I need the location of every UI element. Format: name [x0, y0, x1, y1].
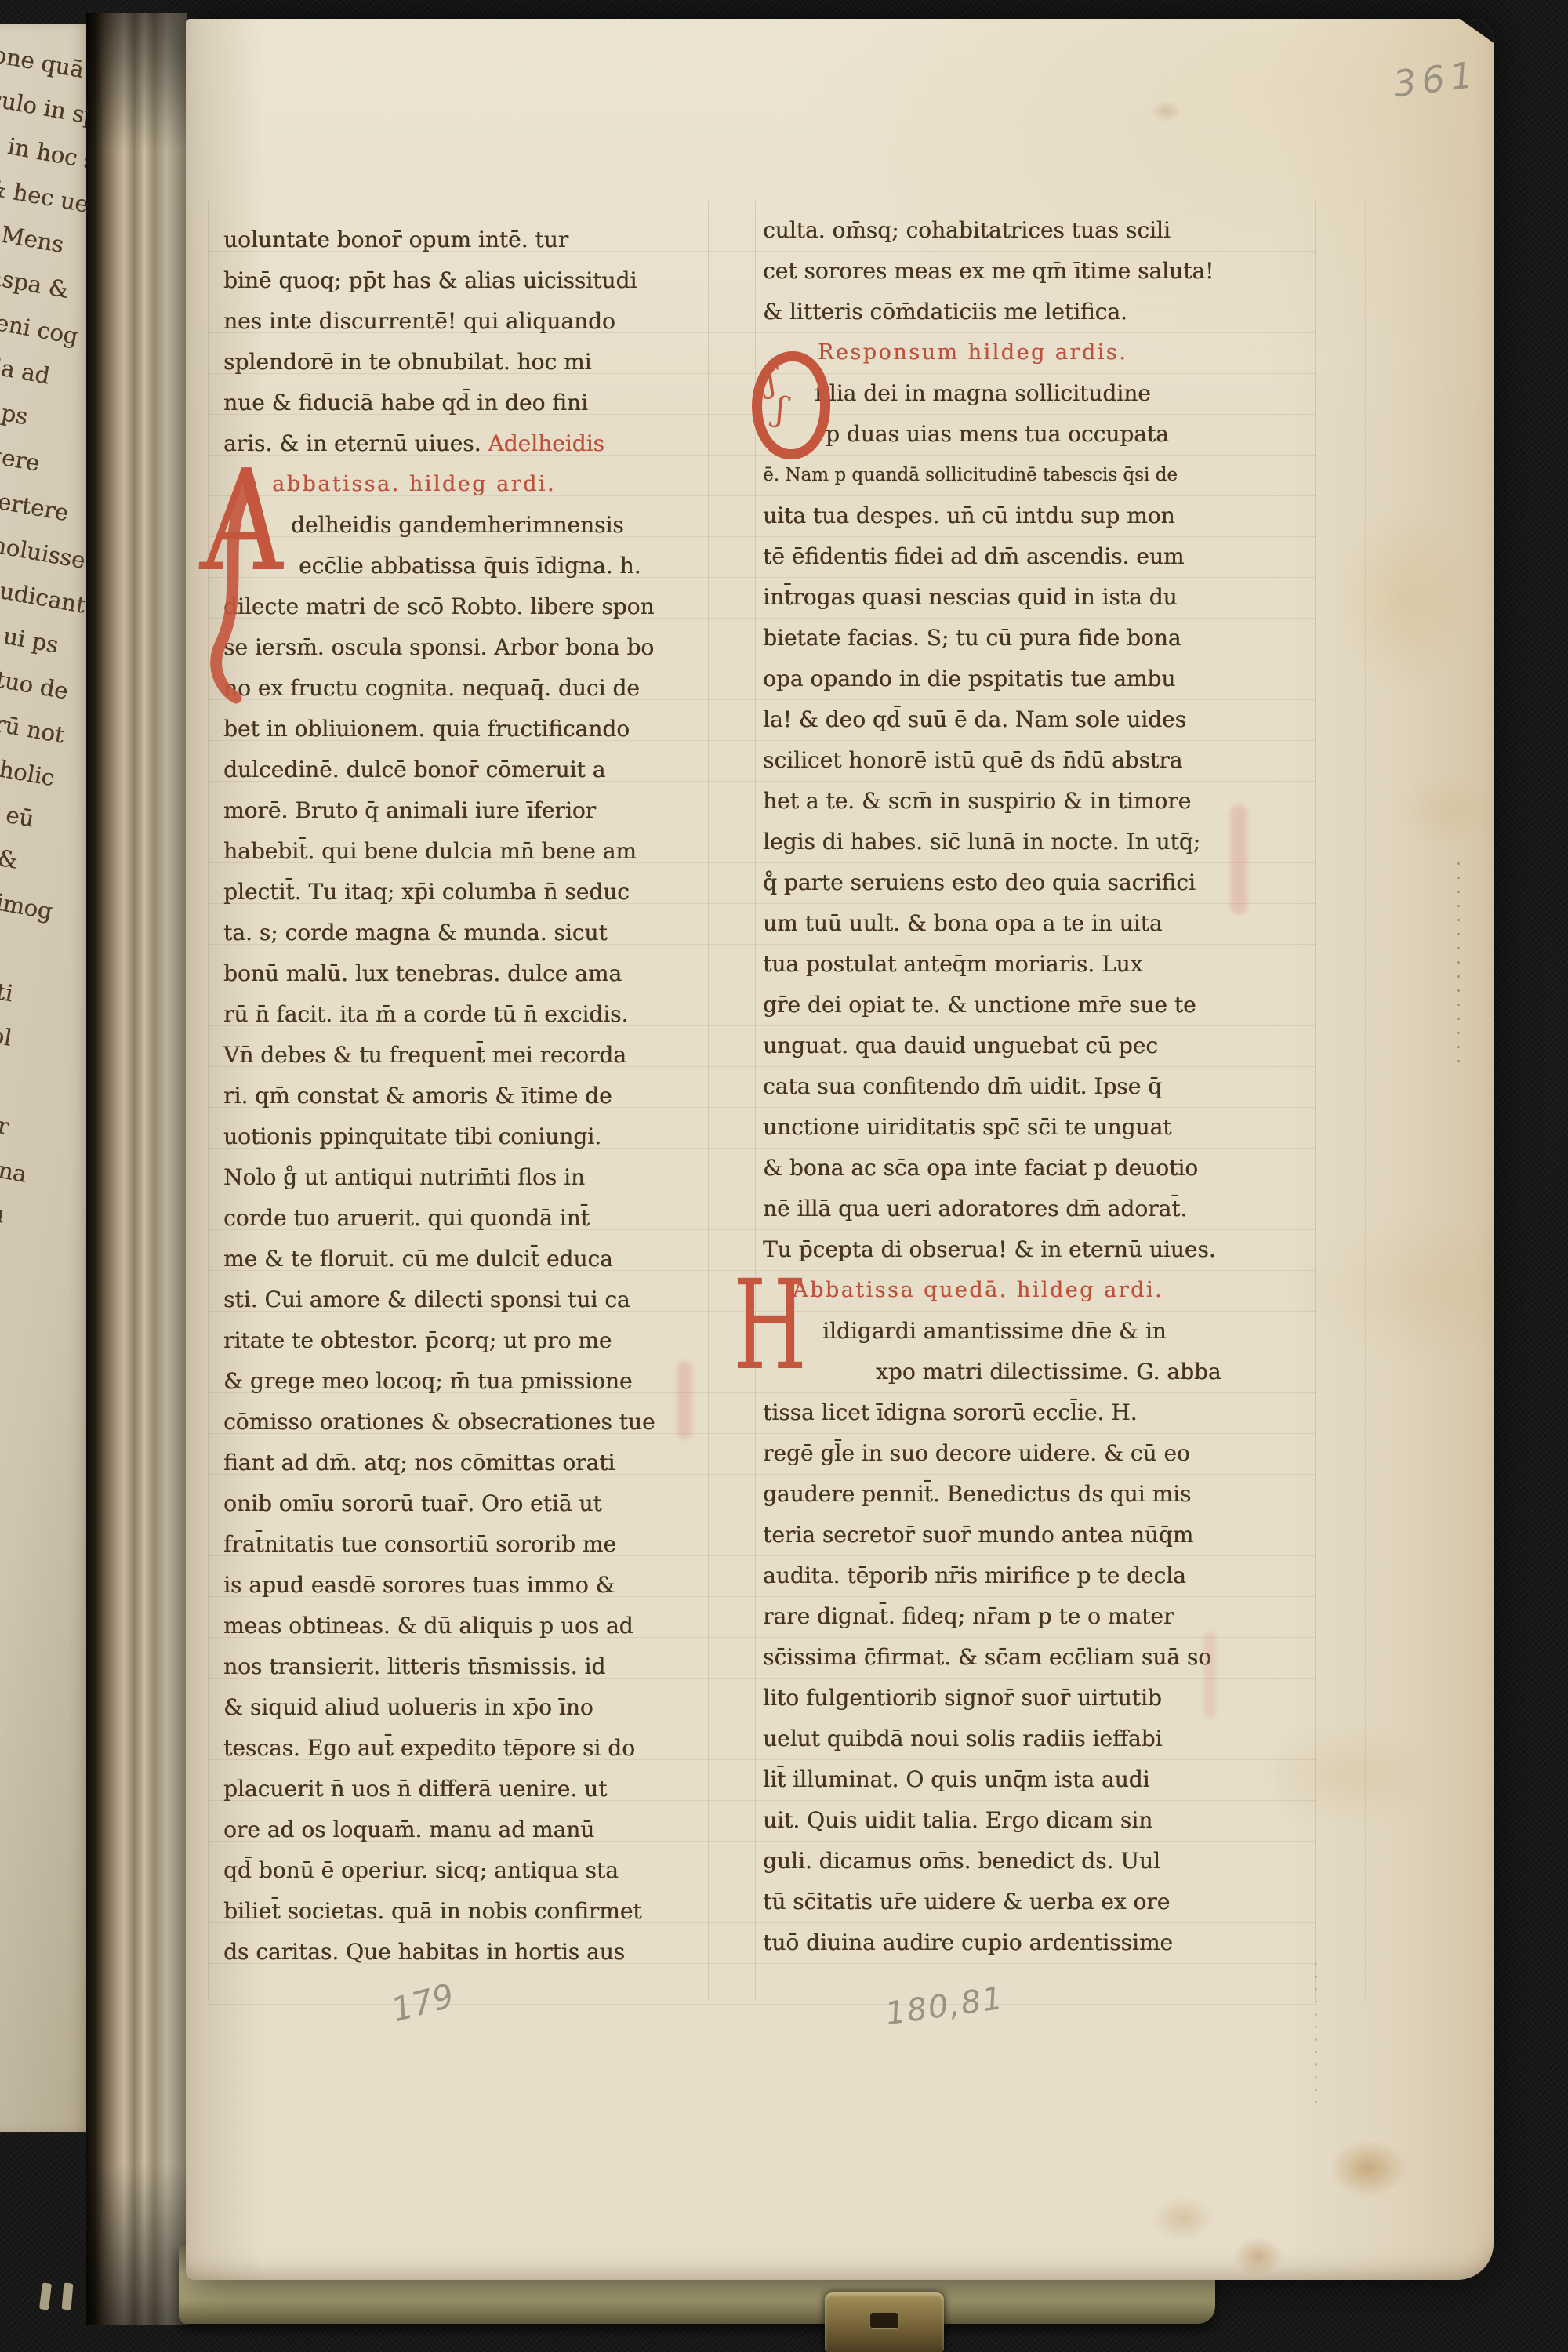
- body-text: ē. Nam p quandā sollicitudinē tabescis q…: [763, 465, 1178, 485]
- body-text: cet sorores meas ex me qm̄ ītime saluta!: [763, 258, 1214, 284]
- pricking-dot: [1457, 975, 1460, 978]
- body-text: uelut quibdā noui solis radiis ieffabi: [763, 1726, 1162, 1751]
- body-text: frat̄nitatis tue consortiū sororib me: [223, 1531, 616, 1557]
- body-text: audita. tēporib nr̄is mirifice p te decl…: [763, 1563, 1186, 1588]
- text-line: ri. qm̄ constat & amoris & ītime de: [223, 1076, 735, 1116]
- body-text: rare dignat̄. fideq; nr̄am p te o mater: [763, 1603, 1174, 1629]
- text-line: dulcedinē. dulcē bonor̄ cōmeruit a: [223, 750, 735, 790]
- initial-a-swash: [201, 480, 272, 715]
- text-line: Nolo g̊ ut antiqui nutrim̄ti flos in: [223, 1157, 735, 1198]
- text-line: la! & deo qd̄ suū ē da. Nam sole uides: [763, 699, 1343, 740]
- text-line: is apud easdē sorores tuas immo &: [223, 1565, 735, 1606]
- text-line: nue & fiduciā habe qd̄ in deo fini: [223, 383, 735, 423]
- body-text: biliet̄ societas. quā in nobis confirmet: [223, 1898, 642, 1924]
- text-line: opa opando in die pspitatis tue ambu: [763, 659, 1343, 699]
- text-line: bietate facias. S; tu cū pura fide bona: [763, 618, 1343, 659]
- pricking-dot: [1457, 862, 1460, 865]
- body-text: ds caritas. Que habitas in hortis aus: [223, 1939, 625, 1965]
- body-text: int̄rogas quasi nescias quid in ista du: [763, 584, 1178, 610]
- body-text: meas obtineas. & dū aliquis p uos ad: [223, 1613, 633, 1639]
- dotted-rule-dot: [1315, 2063, 1317, 2066]
- rubric-text: Responsum hildeg ardis.: [818, 340, 1127, 365]
- body-text: & litteris cōm̄daticiis me letifica.: [763, 299, 1127, 325]
- text-line: abbatissa. hildeg ardi.: [223, 464, 735, 505]
- body-text: placuerit n̄ uos n̄ differā uenire. ut: [223, 1776, 607, 1802]
- body-text: se iersm̄. oscula sponsi. Arbor bona bo: [223, 634, 654, 660]
- text-line: no ex fructu cognita. nequaq̄. duci de: [223, 668, 735, 709]
- body-text: binē quoq; pp̄t has & alias uicissitudi: [223, 267, 637, 293]
- body-text: gr̄e dei opiat te. & unctione mr̄e sue t…: [763, 992, 1196, 1018]
- body-text: nue & fiduciā habe qd̄ in deo fini: [223, 390, 588, 416]
- body-text: nē illā qua ueri adoratores dm̄ adorat̄.: [763, 1196, 1187, 1221]
- body-text: het a te. & scm̄ in suspirio & in timore: [763, 788, 1191, 814]
- text-line: Vn̄ debes & tu frequent̄ mei recorda: [223, 1035, 735, 1076]
- text-line: filia dei in magna sollicitudine: [763, 373, 1343, 414]
- body-text: gaudere pennit̄. Benedictus ds qui mis: [763, 1481, 1191, 1507]
- body-text: delheidis gandemherimnensis: [291, 512, 624, 538]
- body-text: & grege meo locoq; m̄ tua pmissione: [223, 1368, 633, 1394]
- pricking-dot: [1457, 1018, 1460, 1020]
- text-line: lito fulgentiorib signor̄ suor̄ uirtutib: [763, 1678, 1343, 1719]
- dotted-rule-dot: [1315, 2089, 1317, 2091]
- pricking-dot: [1457, 877, 1460, 879]
- text-line: uoluntate bonor̄ opum intē. tur: [223, 220, 735, 260]
- body-text: filia dei in magna sollicitudine: [815, 380, 1151, 406]
- dotted-rule-dot: [1315, 2101, 1317, 2103]
- body-text: regē gl̄e in suo decore uidere. & cū eo: [763, 1440, 1190, 1466]
- vertical-rule: [1365, 201, 1366, 2001]
- clasp-fitting: [825, 2292, 944, 2352]
- dotted-rule-dot: [1315, 1976, 1317, 1978]
- pricking-dot: [1457, 947, 1460, 949]
- body-text: me & te floruit. cū me dulcit̄ educa: [223, 1246, 613, 1272]
- text-line: xpo matri dilectissime. G. abba: [763, 1352, 1343, 1392]
- pricking-dot: [1457, 989, 1460, 992]
- text-line: placuerit n̄ uos n̄ differā uenire. ut: [223, 1769, 735, 1809]
- text-line: bonū malū. lux tenebras. dulce ama: [223, 953, 735, 994]
- pricking-dot: [1457, 919, 1460, 921]
- text-line: Tu p̄cepta di obserua! & in eternū uiues…: [763, 1229, 1343, 1270]
- body-text: unctione uiriditatis spc̄ sc̄i te unguat: [763, 1114, 1171, 1140]
- rubric-text: Adelheidis: [488, 430, 604, 456]
- dotted-rule-dot: [1315, 2013, 1317, 2016]
- body-text: rū n̄ facit. ita m̄ a corde tū n̄ excidi…: [223, 1001, 628, 1027]
- pencil-number-right: 180,81: [884, 1980, 1007, 2033]
- facing-page-text: nsione quā abti oculo in sp̄ā q̄m in hoc…: [0, 27, 91, 1908]
- text-line: cet sorores meas ex me qm̄ ītime saluta!: [763, 251, 1343, 292]
- body-text: ore ad os loquam̄. manu ad manū: [223, 1817, 594, 1842]
- body-text: la! & deo qd̄ suū ē da. Nam sole uides: [763, 706, 1186, 732]
- text-line: onib omīu sororū tuar̄. Oro etiā ut: [223, 1483, 735, 1524]
- body-text: is apud easdē sorores tuas immo &: [223, 1572, 615, 1598]
- body-text: & bona ac sc̄a opa inte faciat p deuotio: [763, 1155, 1198, 1181]
- body-text: unguat. qua dauid unguebat cū pec: [763, 1033, 1158, 1058]
- rubric-text: abbatissa. hildeg ardi.: [272, 472, 556, 496]
- initial-o: ʃ ʃ: [752, 351, 830, 459]
- body-text: Tu p̄cepta di obserua! & in eternū uiues…: [763, 1236, 1216, 1262]
- body-text: qd̄ bonū ē operiur. sicq; antiqua sta: [223, 1857, 619, 1883]
- body-text: tuō diuina audire cupio ardentissime: [763, 1929, 1173, 1955]
- text-line: tē ēfidentis fidei ad dm̄ ascendis. eum: [763, 536, 1343, 577]
- body-text: plectit̄. Tu itaq; xp̄i columba n̄ seduc: [223, 879, 630, 905]
- body-text: guli. dicamus om̄s. benedict ds. Uul: [763, 1848, 1160, 1874]
- pricking-dot: [1457, 1004, 1460, 1006]
- text-line: fiant ad dm̄. atq; nos cōmittas orati: [223, 1443, 735, 1483]
- body-text: fiant ad dm̄. atq; nos cōmittas orati: [223, 1450, 615, 1475]
- text-line: delheidis gandemherimnensis: [223, 505, 735, 546]
- text-line: binē quoq; pp̄t has & alias uicissitudi: [223, 260, 735, 301]
- body-text: sc̄issima c̄firmat. & sc̄am ecc̄liam suā…: [763, 1644, 1211, 1670]
- text-line: lit̄ illuminat. O quis unq̄m ista audi: [763, 1759, 1343, 1800]
- body-text: lit̄ illuminat. O quis unq̄m ista audi: [763, 1766, 1150, 1792]
- body-text: corde tuo aruerit. qui quondā int̄: [223, 1205, 590, 1231]
- text-line: legis di habes. sic̄ lunā in nocte. In u…: [763, 822, 1343, 862]
- text-line: sti. Cui amore & dilecti sponsi tui ca: [223, 1279, 735, 1320]
- vertical-rule: [755, 201, 756, 2001]
- text-line: Responsum hildeg ardis.: [763, 332, 1343, 373]
- text-line: meas obtineas. & dū aliquis p uos ad: [223, 1606, 735, 1646]
- text-line: uita tua despes. un̄ cū intdu sup mon: [763, 495, 1343, 536]
- body-text: xpo matri dilectissime. G. abba: [876, 1359, 1221, 1385]
- ink-offset-smudge: [1203, 1631, 1216, 1719]
- text-line: gaudere pennit̄. Benedictus ds qui mis: [763, 1474, 1343, 1515]
- binding-mark: [36, 2283, 86, 2314]
- body-text: nes inte discurrentē! qui aliquando: [223, 308, 615, 334]
- text-line: het a te. & scm̄ in suspirio & in timore: [763, 781, 1343, 822]
- text-line: uit. Quis uidit talia. Ergo dicam sin: [763, 1800, 1343, 1841]
- text-line: unctione uiriditatis spc̄ sc̄i te unguat: [763, 1107, 1343, 1148]
- text-line: nos transierit. litteris tn̄smissis. id: [223, 1646, 735, 1687]
- body-text: morē. Bruto q̄ animali iure īferior: [223, 797, 596, 823]
- text-line: frat̄nitatis tue consortiū sororib me: [223, 1524, 735, 1565]
- text-line: bet in obliuionem. quia fructificando: [223, 709, 735, 750]
- text-line: se iersm̄. oscula sponsi. Arbor bona bo: [223, 627, 735, 668]
- text-line: ds caritas. Que habitas in hortis aus: [223, 1932, 735, 1973]
- body-text: Vn̄ debes & tu frequent̄ mei recorda: [223, 1042, 626, 1068]
- body-text: bonū malū. lux tenebras. dulce ama: [223, 960, 622, 986]
- text-line: dilecte matri de scō Robto. libere spon: [223, 586, 735, 627]
- text-line: & siquid aliud uolueris in xp̄o īno: [223, 1687, 735, 1728]
- text-line: culta. om̄sq; cohabitatrices tuas scili: [763, 210, 1343, 251]
- text-line: biliet̄ societas. quā in nobis confirmet: [223, 1891, 735, 1932]
- ink-offset-smudge: [1230, 804, 1247, 914]
- dotted-rule-dot: [1315, 2076, 1317, 2078]
- text-line: nē illā qua ueri adoratores dm̄ adorat̄.: [763, 1189, 1343, 1229]
- body-text: & siquid aliud uolueris in xp̄o īno: [223, 1694, 593, 1720]
- text-line: me & te floruit. cū me dulcit̄ educa: [223, 1239, 735, 1279]
- pricking-dot: [1457, 1046, 1460, 1048]
- text-line: tū sc̄itatis ur̄e uidere & uerba ex ore: [763, 1882, 1343, 1922]
- folio-number: 361: [1391, 53, 1481, 106]
- body-text: ildigardi amantissime dn̄e & in: [822, 1318, 1167, 1344]
- body-text: ta. s; corde magna & munda. sicut: [223, 920, 608, 946]
- body-text: legis di habes. sic̄ lunā in nocte. In u…: [763, 829, 1200, 855]
- body-text: tē ēfidentis fidei ad dm̄ ascendis. eum: [763, 543, 1184, 569]
- text-line: sc̄issima c̄firmat. & sc̄am ecc̄liam suā…: [763, 1637, 1343, 1678]
- text-line: tissa licet īdigna sororū eccl̄ie. H.: [763, 1392, 1343, 1433]
- body-text: teria secretor̄ suor̄ mundo antea nūq̄m: [763, 1522, 1193, 1548]
- body-text: Nolo g̊ ut antiqui nutrim̄ti flos in: [223, 1164, 585, 1190]
- text-column-right: culta. om̄sq; cohabitatrices tuas scilic…: [763, 210, 1343, 1963]
- body-text: ri. qm̄ constat & amoris & ītime de: [223, 1083, 612, 1109]
- text-line: corde tuo aruerit. qui quondā int̄: [223, 1198, 735, 1239]
- text-line: Abbatissa quedā. hildeg ardi.: [763, 1270, 1343, 1311]
- body-text: onib omīu sororū tuar̄. Oro etiā ut: [223, 1490, 602, 1516]
- text-line: guli. dicamus om̄s. benedict ds. Uul: [763, 1841, 1343, 1882]
- text-line: unguat. qua dauid unguebat cū pec: [763, 1025, 1343, 1066]
- body-text: q̊ parte seruiens esto deo quia sacrific…: [763, 869, 1196, 895]
- body-text: uotionis ppinquitate tibi coniungi.: [223, 1123, 601, 1149]
- text-line: gr̄e dei opiat te. & unctione mr̄e sue t…: [763, 985, 1343, 1025]
- text-line: uelut quibdā noui solis radiis ieffabi: [763, 1719, 1343, 1759]
- clasp-slot: [870, 2313, 898, 2328]
- text-line: ildigardi amantissime dn̄e & in: [763, 1311, 1343, 1352]
- text-line: ritate te obtestor. p̄corq; ut pro me: [223, 1320, 735, 1361]
- text-line: habebit̄. qui bene dulcia mn̄ bene am: [223, 831, 735, 872]
- text-line: & litteris cōm̄daticiis me letifica.: [763, 292, 1343, 332]
- initial-h: H: [733, 1264, 807, 1388]
- initial-o-curl: ʃ: [767, 363, 776, 397]
- text-column-left: uoluntate bonor̄ opum intē. turbinē quoq…: [223, 220, 735, 1973]
- dotted-rule-dot: [1315, 2051, 1317, 2053]
- body-text: tescas. Ego aut̄ expedito tēpore si do: [223, 1735, 635, 1761]
- facing-page-strip: nsione quā abti oculo in sp̄ā q̄m in hoc…: [0, 24, 91, 2132]
- dotted-rule-dot: [1315, 2026, 1317, 2028]
- text-line: ecc̄lie abbatissa q̄uis īdigna. h.: [223, 546, 735, 586]
- text-line: tuō diuina audire cupio ardentissime: [763, 1922, 1343, 1963]
- page-corner-cut: [1457, 19, 1494, 44]
- body-text: no ex fructu cognita. nequaq̄. duci de: [223, 675, 640, 701]
- pricking-dot: [1457, 933, 1460, 935]
- body-text: um tuū uult. & bona opa a te in uita: [763, 910, 1163, 936]
- text-line: qd̄ bonū ē operiur. sicq; antiqua sta: [223, 1850, 735, 1891]
- body-text: uit. Quis uidit talia. Ergo dicam sin: [763, 1807, 1152, 1833]
- text-line: tescas. Ego aut̄ expedito tēpore si do: [223, 1728, 735, 1769]
- pricking-dot: [1457, 891, 1460, 893]
- text-line: audita. tēporib nr̄is mirifice p te decl…: [763, 1555, 1343, 1596]
- body-text: scilicet honorē istū quē ds n̄dū abstra: [763, 747, 1182, 773]
- pricking-dot: [1457, 1060, 1460, 1062]
- dotted-rule-dot: [1315, 1988, 1317, 1991]
- manuscript-photograph: nsione quā abti oculo in sp̄ā q̄m in hoc…: [0, 0, 1568, 2352]
- text-line: regē gl̄e in suo decore uidere. & cū eo: [763, 1433, 1343, 1474]
- text-line: rū n̄ facit. ita m̄ a corde tū n̄ excidi…: [223, 994, 735, 1035]
- binding-gutter: [86, 13, 187, 2325]
- body-text: bietate facias. S; tu cū pura fide bona: [763, 625, 1181, 651]
- dotted-rule-dot: [1315, 1963, 1317, 1965]
- text-line: splendorē in te obnubilat. hoc mi: [223, 342, 735, 383]
- body-text: tua postulat anteq̄m moriaris. Lux: [763, 951, 1142, 977]
- text-line: int̄rogas quasi nescias quid in ista du: [763, 577, 1343, 618]
- body-text: sti. Cui amore & dilecti sponsi tui ca: [223, 1287, 630, 1312]
- body-text: ecc̄lie abbatissa q̄uis īdigna. h.: [299, 553, 641, 579]
- text-line: scilicet honorē istū quē ds n̄dū abstra: [763, 740, 1343, 781]
- body-text: tū sc̄itatis ur̄e uidere & uerba ex ore: [763, 1889, 1170, 1915]
- body-text: habebit̄. qui bene dulcia mn̄ bene am: [223, 838, 637, 864]
- text-line: uotionis ppinquitate tibi coniungi.: [223, 1116, 735, 1157]
- text-line: q̊ parte seruiens esto deo quia sacrific…: [763, 862, 1343, 903]
- ink-offset-smudge: [677, 1361, 692, 1439]
- dotted-rule-dot: [1315, 2001, 1317, 2003]
- text-line: ore ad os loquam̄. manu ad manū: [223, 1809, 735, 1850]
- body-text: dilecte matri de scō Robto. libere spon: [223, 593, 654, 619]
- body-text: nos transierit. litteris tn̄smissis. id: [223, 1653, 605, 1679]
- pricking-dot: [1457, 905, 1460, 907]
- body-text: cōmisso orationes & obsecrationes tue: [223, 1409, 655, 1435]
- text-line: p duas uias mens tua occupata: [763, 414, 1343, 455]
- text-line: nes inte discurrentē! qui aliquando: [223, 301, 735, 342]
- text-line: teria secretor̄ suor̄ mundo antea nūq̄m: [763, 1515, 1343, 1555]
- text-line: aris. & in eternū uiues. Adelheidis: [223, 423, 735, 464]
- pricking-dot: [1457, 961, 1460, 964]
- rubric-text: Abbatissa quedā. hildeg ardi.: [793, 1278, 1163, 1302]
- body-text: splendorē in te obnubilat. hoc mi: [223, 349, 592, 375]
- body-text: culta. om̄sq; cohabitatrices tuas scili: [763, 217, 1171, 243]
- pricking-dot: [1457, 1032, 1460, 1034]
- body-text: cata sua confitendo dm̄ uidit. Ipse q̄: [763, 1073, 1162, 1099]
- dotted-rule-dot: [1315, 2038, 1317, 2041]
- text-line: ta. s; corde magna & munda. sicut: [223, 913, 735, 953]
- manuscript-page: 361 uoluntate bonor̄ opum intē. turbinē …: [186, 19, 1494, 2280]
- text-line: morē. Bruto q̄ animali iure īferior: [223, 790, 735, 831]
- text-line: cōmisso orationes & obsecrationes tue: [223, 1402, 735, 1443]
- body-text: bet in obliuionem. quia fructificando: [223, 716, 630, 742]
- pencil-number-left: 179: [387, 1976, 458, 2029]
- ruling-line: [208, 2004, 1316, 2005]
- body-text: lito fulgentiorib signor̄ suor̄ uirtutib: [763, 1685, 1162, 1711]
- text-line: ē. Nam p quandā sollicitudinē tabescis q…: [763, 455, 1343, 495]
- text-line: tua postulat anteq̄m moriaris. Lux: [763, 944, 1343, 985]
- text-line: cata sua confitendo dm̄ uidit. Ipse q̄: [763, 1066, 1343, 1107]
- text-line: & grege meo locoq; m̄ tua pmissione: [223, 1361, 735, 1402]
- body-text: tissa licet īdigna sororū eccl̄ie. H.: [763, 1399, 1138, 1425]
- body-text: p duas uias mens tua occupata: [826, 421, 1169, 447]
- text-line: plectit̄. Tu itaq; xp̄i columba n̄ seduc: [223, 872, 735, 913]
- text-line: & bona ac sc̄a opa inte faciat p deuotio: [763, 1148, 1343, 1189]
- body-text: opa opando in die pspitatis tue ambu: [763, 666, 1175, 691]
- body-text: ritate te obtestor. p̄corq; ut pro me: [223, 1327, 612, 1353]
- text-line: um tuū uult. & bona opa a te in uita: [763, 903, 1343, 944]
- body-text: uita tua despes. un̄ cū intdu sup mon: [763, 503, 1175, 528]
- text-line: rare dignat̄. fideq; nr̄am p te o mater: [763, 1596, 1343, 1637]
- body-text: uoluntate bonor̄ opum intē. tur: [223, 227, 568, 252]
- body-text: dulcedinē. dulcē bonor̄ cōmeruit a: [223, 757, 605, 782]
